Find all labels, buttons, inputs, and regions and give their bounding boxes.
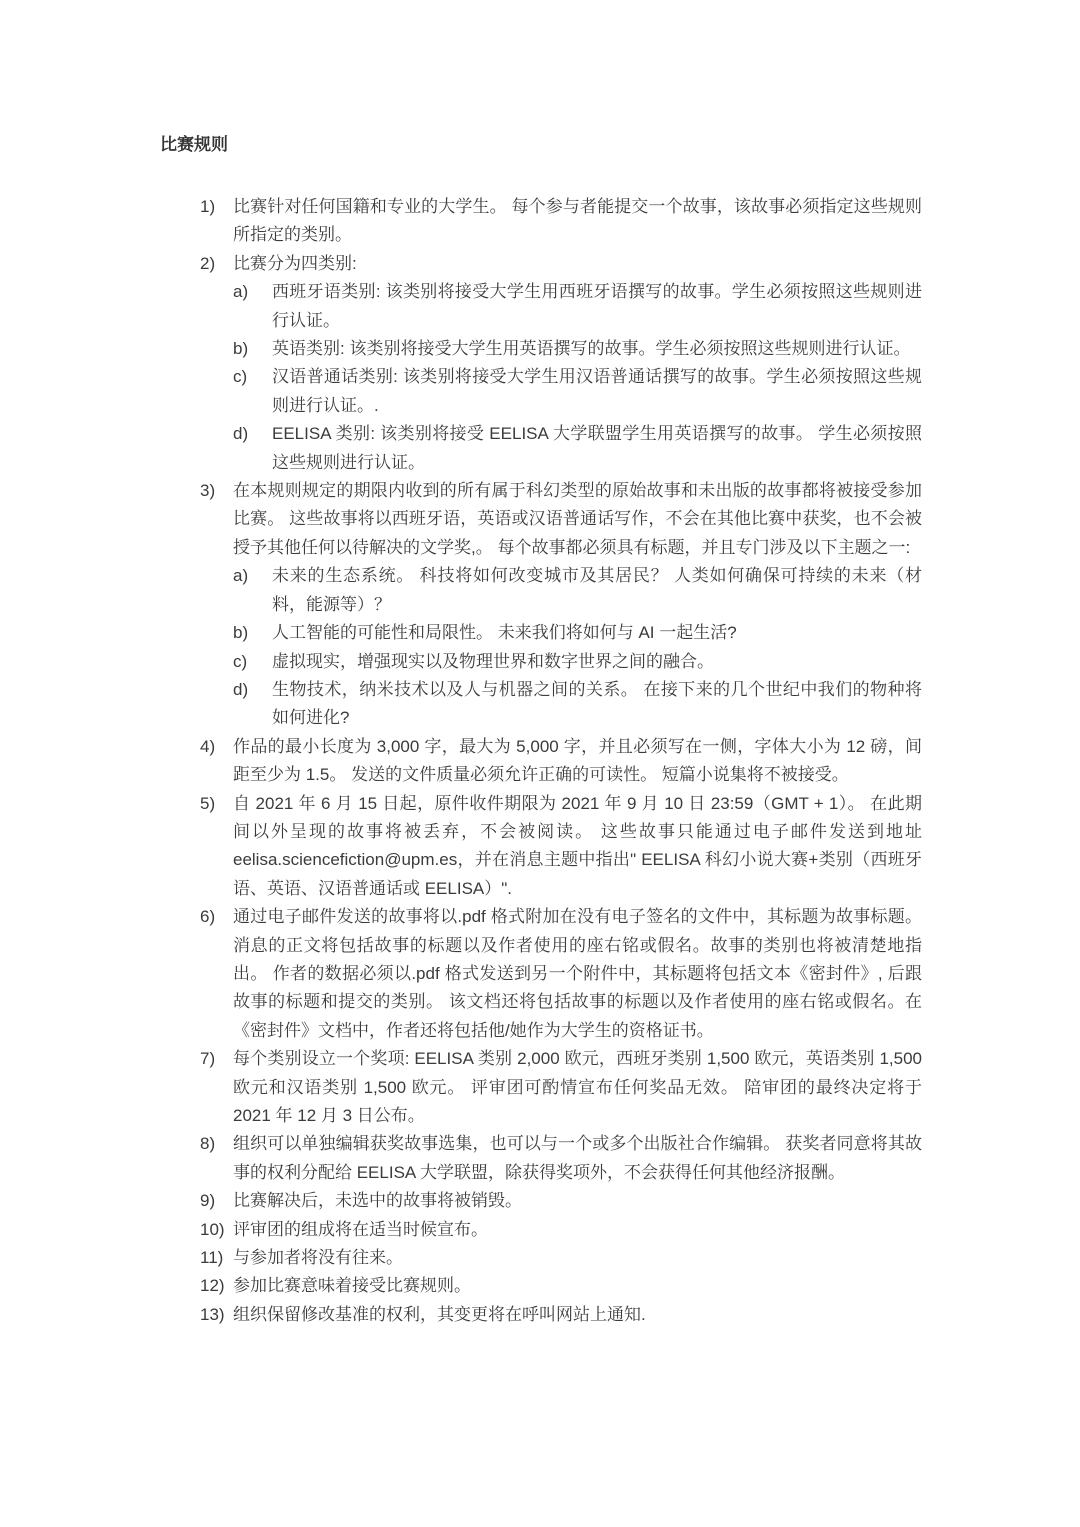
rule-12-text: 参加比赛意味着接受比赛规则。: [233, 1272, 922, 1300]
rule-4-text: 作品的最小长度为 3,000 字，最大为 5,000 字，并且必须写在一侧，字体…: [233, 733, 922, 790]
rule-3d-text: 生物技术，纳米技术以及人与机器之间的关系。 在接下来的几个世纪中我们的物种将如何…: [272, 676, 922, 733]
document-content: 比赛规则 1) 比赛针对任何国籍和专业的大学生。 每个参与者能提交一个故事，该故…: [160, 134, 922, 1329]
rule-11-number: 11): [200, 1244, 223, 1272]
rule-13-number: 13): [200, 1301, 225, 1329]
rule-3-text: 在本规则规定的期限内收到的所有属于科幻类型的原始故事和未出版的故事都将被接受参加…: [233, 477, 922, 562]
rule-11-text: 与参加者将没有往来。: [233, 1244, 922, 1272]
rule-2c-text: 汉语普通话类别: 该类别将接受大学生用汉语普通话撰写的故事。学生必须按照这些规则…: [272, 363, 922, 420]
rule-1-number: 1): [200, 193, 215, 221]
rule-2a-number: a): [233, 278, 248, 306]
rule-2d-number: d): [233, 420, 248, 448]
rule-8-number: 8): [200, 1130, 215, 1158]
rule-2a-text: 西班牙语类别: 该类别将接受大学生用西班牙语撰写的故事。学生必须按照这些规则进行…: [272, 278, 922, 335]
rule-3b-number: b): [233, 619, 248, 647]
rule-4-number: 4): [200, 733, 215, 761]
rule-10-text: 评审团的组成将在适当时候宣布。: [233, 1216, 922, 1244]
rule-3a: a) 未来的生态系统。 科技将如何改变城市及其居民？ 人类如何确保可持续的未来（…: [160, 562, 922, 619]
rule-12: 12) 参加比赛意味着接受比赛规则。: [160, 1272, 922, 1300]
rule-3d: d) 生物技术，纳米技术以及人与机器之间的关系。 在接下来的几个世纪中我们的物种…: [160, 676, 922, 733]
rule-13-text: 组织保留修改基准的权利，其变更将在呼叫网站上通知.: [233, 1301, 922, 1329]
rule-8: 8) 组织可以单独编辑获奖故事选集，也可以与一个或多个出版社合作编辑。 获奖者同…: [160, 1130, 922, 1187]
rule-11: 11) 与参加者将没有往来。: [160, 1244, 922, 1272]
rule-3a-text: 未来的生态系统。 科技将如何改变城市及其居民？ 人类如何确保可持续的未来（材料，…: [272, 562, 922, 619]
rule-2c-number: c): [233, 363, 247, 391]
rule-12-number: 12): [200, 1272, 225, 1300]
rule-3: 3) 在本规则规定的期限内收到的所有属于科幻类型的原始故事和未出版的故事都将被接…: [160, 477, 922, 562]
rule-7-number: 7): [200, 1045, 215, 1073]
rule-3b: b) 人工智能的可能性和局限性。 未来我们将如何与 AI 一起生活?: [160, 619, 922, 647]
rule-4: 4) 作品的最小长度为 3,000 字，最大为 5,000 字，并且必须写在一侧…: [160, 733, 922, 790]
rule-3-number: 3): [200, 477, 215, 505]
rule-9-text: 比赛解决后，未选中的故事将被销毁。: [233, 1187, 922, 1215]
rule-6-number: 6): [200, 903, 215, 931]
rule-8-text: 组织可以单独编辑获奖故事选集，也可以与一个或多个出版社合作编辑。 获奖者同意将其…: [233, 1130, 922, 1187]
rule-2-number: 2): [200, 250, 215, 278]
document-page: 比赛规则 1) 比赛针对任何国籍和专业的大学生。 每个参与者能提交一个故事，该故…: [0, 0, 1080, 1527]
rule-3b-text: 人工智能的可能性和局限性。 未来我们将如何与 AI 一起生活?: [272, 619, 922, 647]
rule-3d-number: d): [233, 676, 248, 704]
rule-2d-text: EELISA 类别: 该类别将接受 EELISA 大学联盟学生用英语撰写的故事。…: [272, 420, 922, 477]
rule-2c: c) 汉语普通话类别: 该类别将接受大学生用汉语普通话撰写的故事。学生必须按照这…: [160, 363, 922, 420]
rule-10-number: 10): [200, 1216, 225, 1244]
rule-2b-number: b): [233, 335, 248, 363]
page-title: 比赛规则: [160, 134, 922, 156]
rule-3c-number: c): [233, 648, 247, 676]
rule-10: 10) 评审团的组成将在适当时候宣布。: [160, 1216, 922, 1244]
rule-7: 7) 每个类别设立一个奖项: EELISA 类别 2,000 欧元，西班牙类别 …: [160, 1045, 922, 1130]
rule-2b: b) 英语类别: 该类别将接受大学生用英语撰写的故事。学生必须按照这些规则进行认…: [160, 335, 922, 363]
rule-6: 6) 通过电子邮件发送的故事将以.pdf 格式附加在没有电子签名的文件中，其标题…: [160, 903, 922, 1045]
rule-2: 2) 比赛分为四类别:: [160, 250, 922, 278]
rule-13: 13) 组织保留修改基准的权利，其变更将在呼叫网站上通知.: [160, 1301, 922, 1329]
rule-1-text: 比赛针对任何国籍和专业的大学生。 每个参与者能提交一个故事，该故事必须指定这些规…: [233, 193, 922, 250]
rule-3a-number: a): [233, 562, 248, 590]
rule-2b-text: 英语类别: 该类别将接受大学生用英语撰写的故事。学生必须按照这些规则进行认证。: [272, 335, 922, 363]
rule-9-number: 9): [200, 1187, 215, 1215]
rule-2d: d) EELISA 类别: 该类别将接受 EELISA 大学联盟学生用英语撰写的…: [160, 420, 922, 477]
rule-5: 5) 自 2021 年 6 月 15 日起，原件收件期限为 2021 年 9 月…: [160, 790, 922, 904]
rule-2a: a) 西班牙语类别: 该类别将接受大学生用西班牙语撰写的故事。学生必须按照这些规…: [160, 278, 922, 335]
rule-2-text: 比赛分为四类别:: [233, 250, 922, 278]
rule-6-text: 通过电子邮件发送的故事将以.pdf 格式附加在没有电子签名的文件中，其标题为故事…: [233, 903, 922, 1045]
rule-1: 1) 比赛针对任何国籍和专业的大学生。 每个参与者能提交一个故事，该故事必须指定…: [160, 193, 922, 250]
rule-5-number: 5): [200, 790, 215, 818]
rule-7-text: 每个类别设立一个奖项: EELISA 类别 2,000 欧元，西班牙类别 1,5…: [233, 1045, 922, 1130]
rule-3c: c) 虚拟现实，增强现实以及物理世界和数字世界之间的融合。: [160, 648, 922, 676]
rule-3c-text: 虚拟现实，增强现实以及物理世界和数字世界之间的融合。: [272, 648, 922, 676]
rule-9: 9) 比赛解决后，未选中的故事将被销毁。: [160, 1187, 922, 1215]
rule-5-text: 自 2021 年 6 月 15 日起，原件收件期限为 2021 年 9 月 10…: [233, 790, 922, 904]
